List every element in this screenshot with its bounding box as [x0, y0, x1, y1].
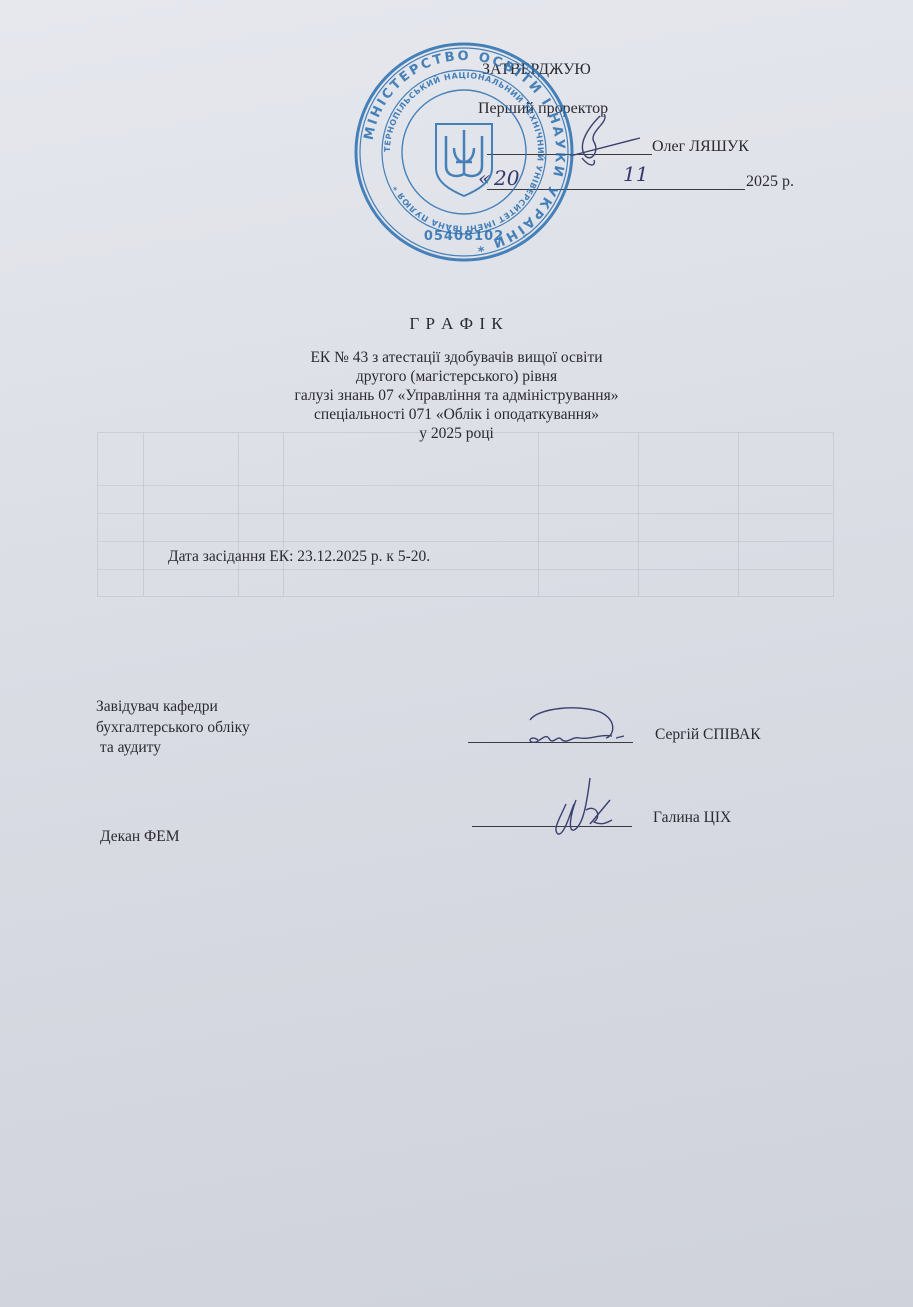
signatory-2-name: Галина ЦІХ [653, 808, 731, 827]
stamp-code: 05408102 [424, 229, 504, 244]
signatory-1-role-line-2: бухгалтерського обліку [96, 718, 250, 737]
title-line-3: галузі знань 07 «Управління та адміністр… [0, 386, 913, 405]
title-line-1: ЕК № 43 з атестації здобувачів вищої осв… [0, 348, 913, 367]
approval-date-year: 2025 р. [746, 172, 794, 191]
title-line-5: у 2025 році [0, 424, 913, 443]
title-line-4: спеціальності 071 «Облік і оподаткування… [0, 405, 913, 424]
trident-emblem-icon [436, 124, 492, 196]
document-title: Г Р А Ф І К [0, 314, 913, 333]
signatory-1-role-line-1: Завідувач кафедри [96, 697, 218, 716]
signatory-1-signature [508, 700, 632, 746]
meeting-date: Дата засідання ЕК: 23.12.2025 р. к 5-20. [168, 547, 430, 566]
signatory-2-signature [540, 770, 620, 846]
official-stamp: МІНІСТЕРСТВО ОСВІТИ І НАУКИ УКРАЇНИ * ТЕ… [352, 40, 576, 264]
signatory-1-role-line-3: та аудиту [96, 738, 161, 757]
signatory-2-role: Декан ФЕМ [100, 827, 179, 846]
bleed-through-table [97, 432, 834, 597]
signatory-1-name: Сергій СПІВАК [655, 725, 761, 744]
title-line-2: другого (магістерського) рівня [0, 367, 913, 386]
approval-name: Олег ЛЯШУК [652, 137, 749, 156]
